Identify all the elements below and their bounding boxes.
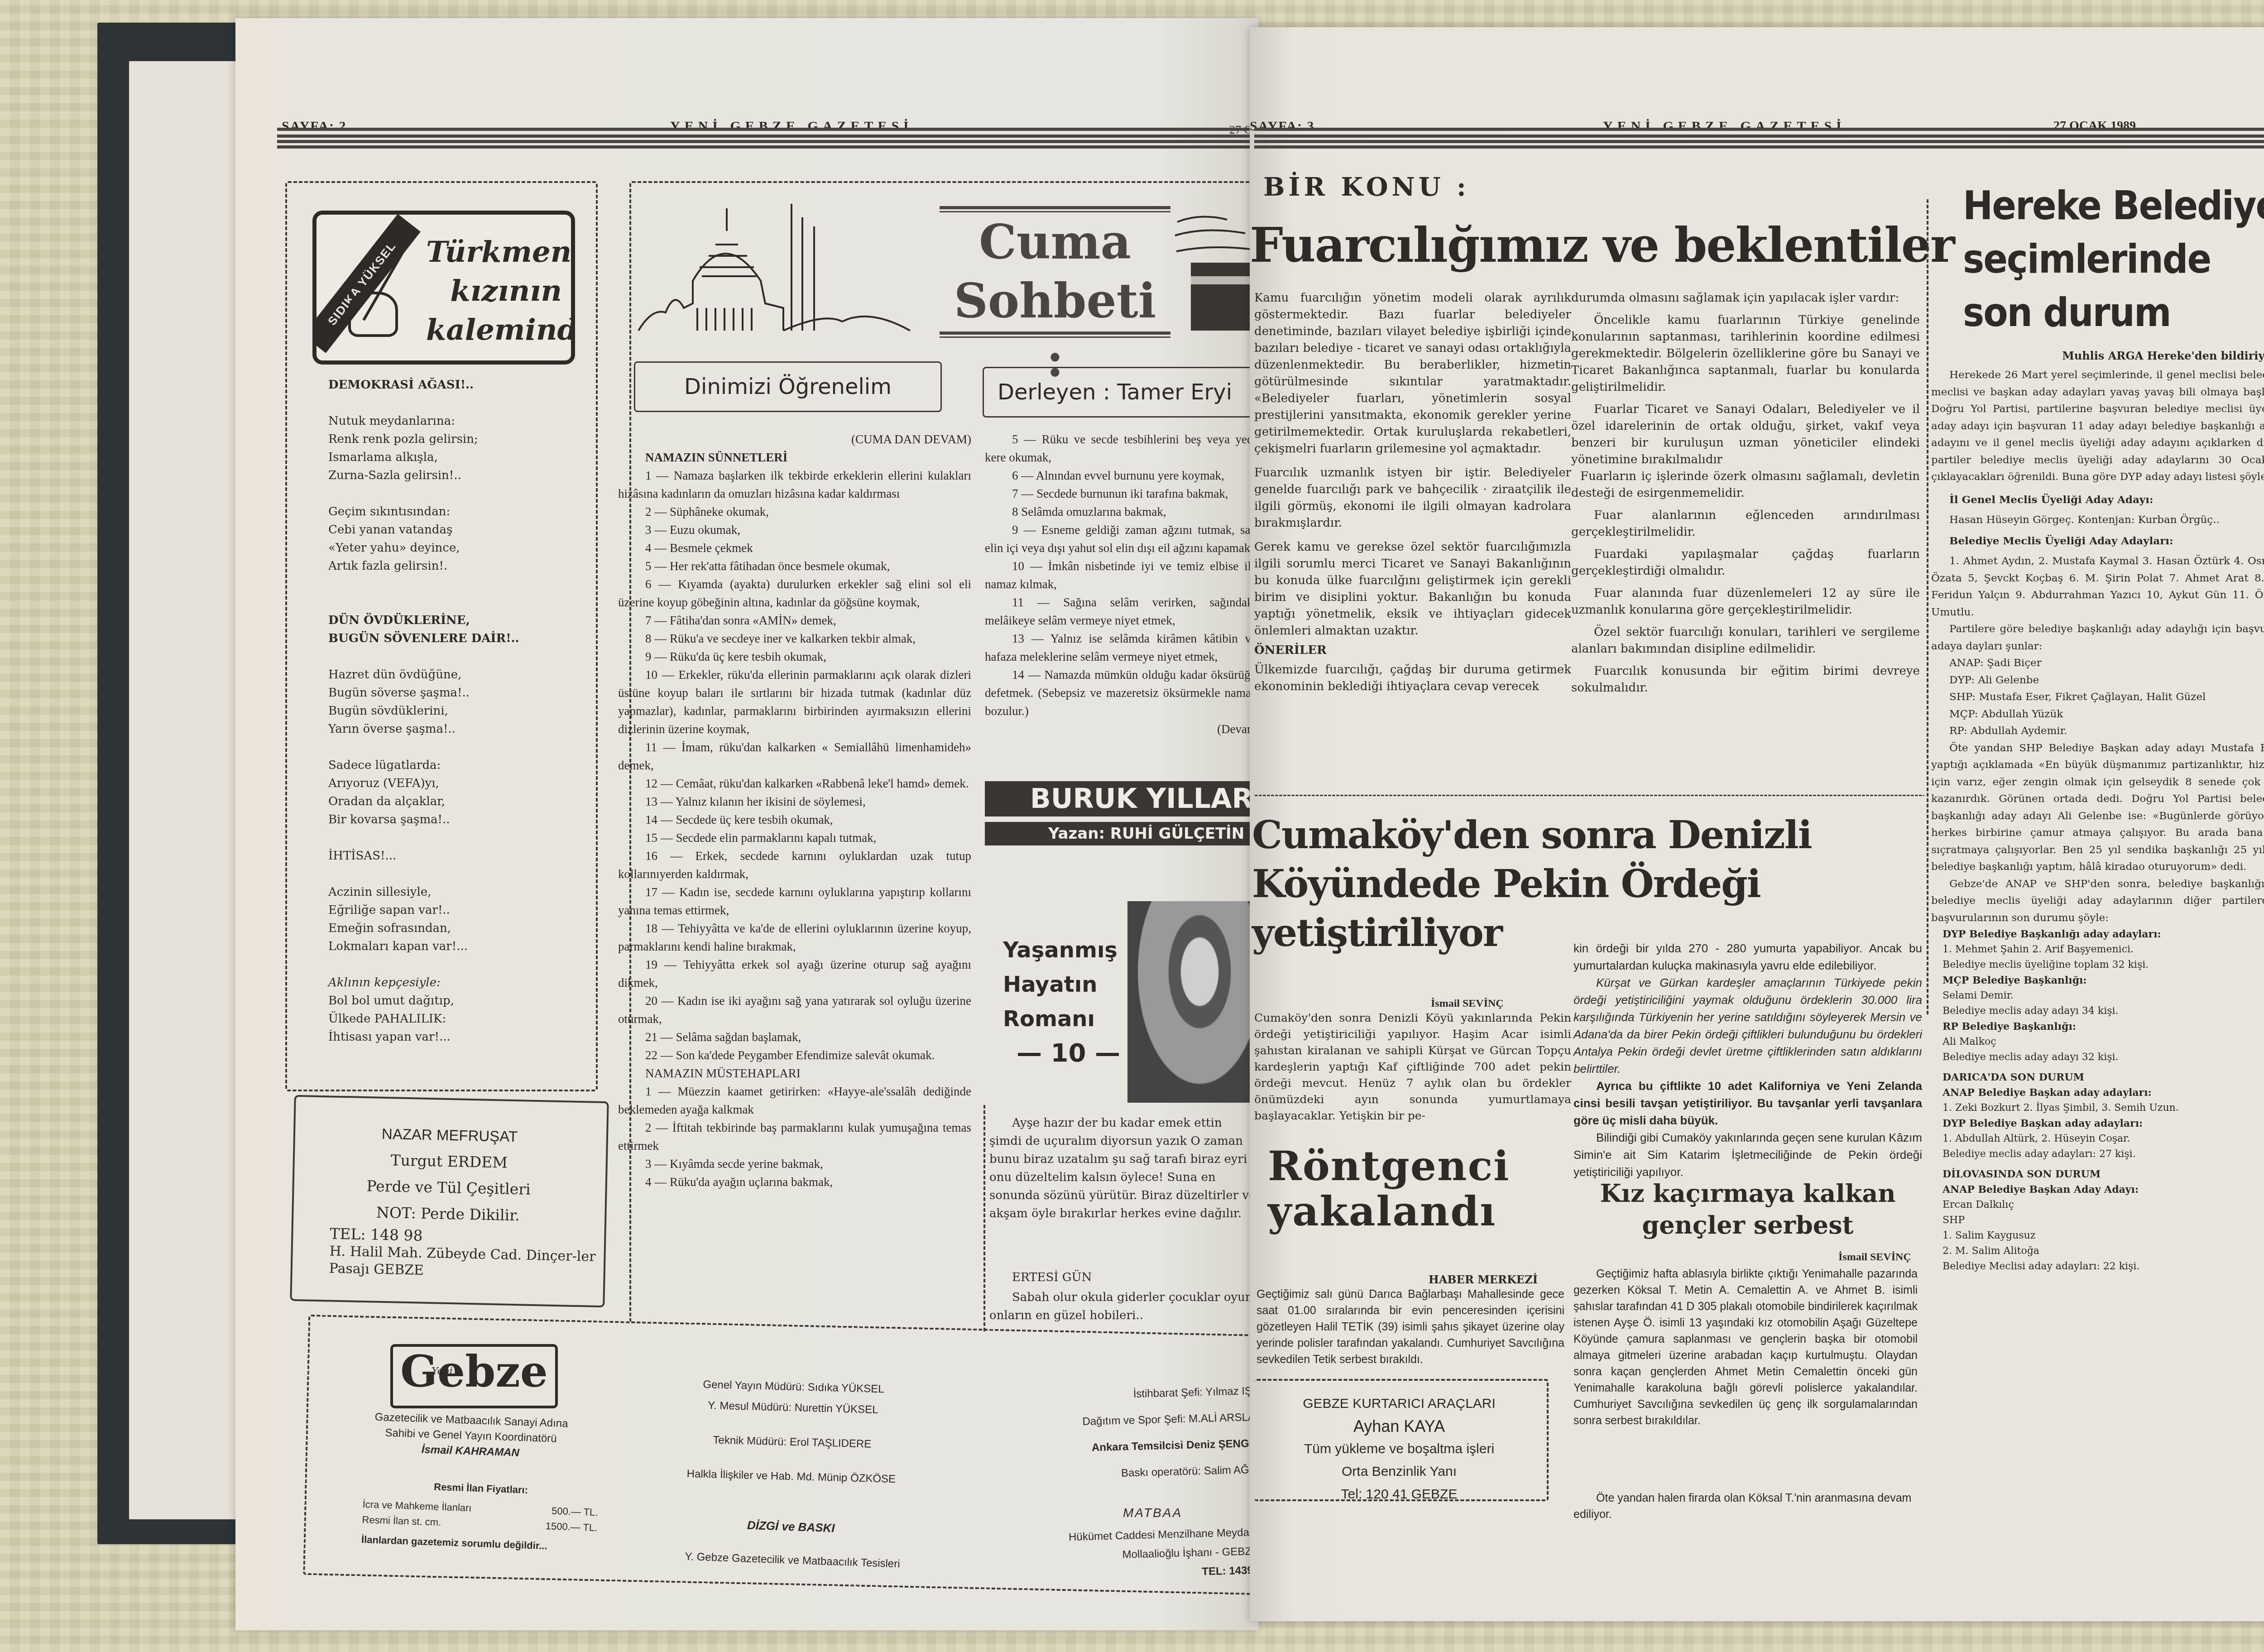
article-kicker: BİR KONU : [1263,172,1470,202]
subheading: NAMAZIN MÜSTEHAPLARI [618,1064,971,1082]
serial-episode-number: — 10 — [1003,1036,1120,1071]
serial-subtitle: Yaşanmış Hayatın Romanı — 10 — [1003,933,1120,1071]
logo-script: Türkmen kızının kaleminden [426,233,562,350]
poem-title: İHTİSAS!... [328,847,582,865]
section-divider [1254,795,1924,796]
article-headline-rontgen: Röntgenci yakalandı [1268,1143,1510,1234]
imprint-print-title: DİZGİ ve BASKI [747,1516,835,1538]
subsection-box-derleyen: Derleyen : Tamer Eryi [983,367,1259,418]
imprint-press-address: Hükümet Caddesi Menzilhane Meydanı Molla… [1013,1523,1259,1586]
serial-body: Ayşe hazır der bu kadar emek ettin şimdi… [989,1114,1257,1263]
article-rontgen-body: Geçtiğimiz salı günü Darıca Bağlarbaşı M… [1257,1286,1564,1368]
column-divider [983,1105,985,1331]
column-logo-turkmen: SIDIKA YÜKSEL Türkmen kızının kaleminden [312,211,575,365]
ad-kurtarici-content: GEBZE KURTARICI ARAÇLARI Ayhan KAYA Tüm … [1254,1393,1544,1506]
header-rule [277,128,1255,149]
serial-body-2: Sabah olur okula giderler çocuklar oyun … [989,1288,1257,1325]
article-headline-pekin: Cumaköy'den sonra Denizli Köyündede Peki… [1252,811,1812,957]
article-namaz-col2: 5 — Rüku ve secde tesbihlerini beş veya … [985,430,1257,756]
subheading: ERTESİ GÜN [1012,1268,1092,1287]
column-divider [1927,199,1928,1014]
newspaper-logo: Yeni Gebze [390,1344,558,1408]
candidate-row: DYP: Ali Gelenbe [1931,672,2264,689]
kaaba-illustration-icon [1173,213,1254,340]
subheading: ÖNERİLER [1254,642,1571,659]
article-kiz-body: Geçtiğimiz hafta ablasıyla birlikte çıkt… [1573,1266,1918,1429]
title-rule [940,206,1170,212]
candidate-row: MÇP: Abdullah Yüzük [1931,706,2264,723]
article-pekin-col2: kin ördeği bir yılda 270 - 280 yumurta y… [1573,940,1922,1181]
article-fuar-col2: durumda olmasını sağlamak için yapılacak… [1571,290,1920,696]
serial-author-banner: Yazan: RUHİ GÜLÇETİN [985,822,1257,845]
section-title-cuma-sohbeti: Cuma Sohbeti : [937,213,1173,389]
subheading: İl Genel Meclis Üyeliği Aday Adayı: [1931,491,2264,509]
imprint-owner: Gazetecilik ve Matbaacılık Sanayi Adına … [334,1408,607,1464]
imprint-staff-right: İstihbarat Şefi: Yılmaz IŞIK Dağıtım ve … [999,1378,1265,1489]
article-headline-fuar: Fuarcılığımız ve beklentiler [1250,217,1954,273]
candidate-row: RP: Abdullah Aydemir. [1931,723,2264,740]
header-rule [1254,128,2264,149]
candidate-lists: DYP Belediye Başkanlığı aday adayları: 1… [1931,927,2264,1274]
subheading: NAMAZIN SÜNNETLERİ [618,448,971,466]
serial-title-banner: BURUK YILLAR [985,781,1257,816]
ad-business-name: GEBZE KURTARICI ARAÇLARI [1254,1393,1544,1415]
byline: İsmail SEVİNÇ [1838,1248,1911,1267]
article-hereke-body: Herekede 26 Mart yerel seçimlerinde, il … [1931,367,2264,1274]
article-fuar-col1: Kamu fuarcılığın yönetim modeli olarak a… [1254,290,1571,695]
poem-title: DEMOKRASİ AĞASI!.. [328,376,582,394]
byline: Muhlis ARGA Hereke'den bildiriyor [1983,346,2264,365]
candidate-row: SHP: Mustafa Eser, Fikret Çağlayan, Hali… [1931,689,2264,706]
article-kiz-body-2: Öte yandan halen firarda olan Köksal T.'… [1573,1490,1918,1522]
subheading: DİLOVASINDA SON DURUM [1943,1167,2264,1182]
author-photo [1127,901,1259,1103]
mosque-illustration-icon [634,199,915,340]
candidate-row: ANAP: Şadi Biçer [1931,655,2264,672]
poem-title: BUGÜN SÖVENLERE DAİR!.. [328,629,582,648]
imprint-staff-middle: Genel Yayın Müdürü: Sıdıka YÜKSEL Y. Mes… [646,1373,939,1491]
subheading: DARICA'DA SON DURUM [1943,1070,2264,1085]
article-headline-kiz: Kız kaçırmaya kalkan gençler serbest [1576,1177,1920,1241]
poem-title: DÜN ÖVDÜKLERİNE, [328,611,582,629]
article-headline-hereke: Hereke Belediye seçimlerinde son durum [1963,179,2264,339]
subsection-box-dinimizi: Dinimizi Öğrenelim [634,361,942,412]
ad-address: H. Halil Mah. Zübeyde Cad. Dinçer-ler Pa… [297,1242,596,1283]
binder-endpaper [129,61,238,1519]
article-namaz-col1: (CUMA DAN DEVAM) NAMAZIN SÜNNETLERİ 1 — … [618,430,971,1191]
ad-phone: Tel: 120 41 GEBZE [1254,1483,1544,1506]
article-pekin-col1: Cumaköy'den sonra Denizli Köyü yakınları… [1254,1010,1571,1141]
continued-from-label: (CUMA DAN DEVAM) [618,430,971,448]
poem-column: DEMOKRASİ AĞASI!.. Nutuk meydanlarına: R… [328,376,582,1046]
subheading: Belediye Meclis Üyeliği Aday Adayları: [1931,533,2264,550]
imprint-press-title: MATBAA [1123,1503,1182,1522]
title-rule [940,331,1170,338]
ad-price-list: Resmi İlan Fiyatları: İcra ve Mahkeme İl… [361,1477,599,1556]
ad-nazar-content: NAZAR MEFRUŞAT Turgut ERDEM Perde ve Tül… [297,1119,599,1283]
continued-label: (Devam [985,720,1257,738]
